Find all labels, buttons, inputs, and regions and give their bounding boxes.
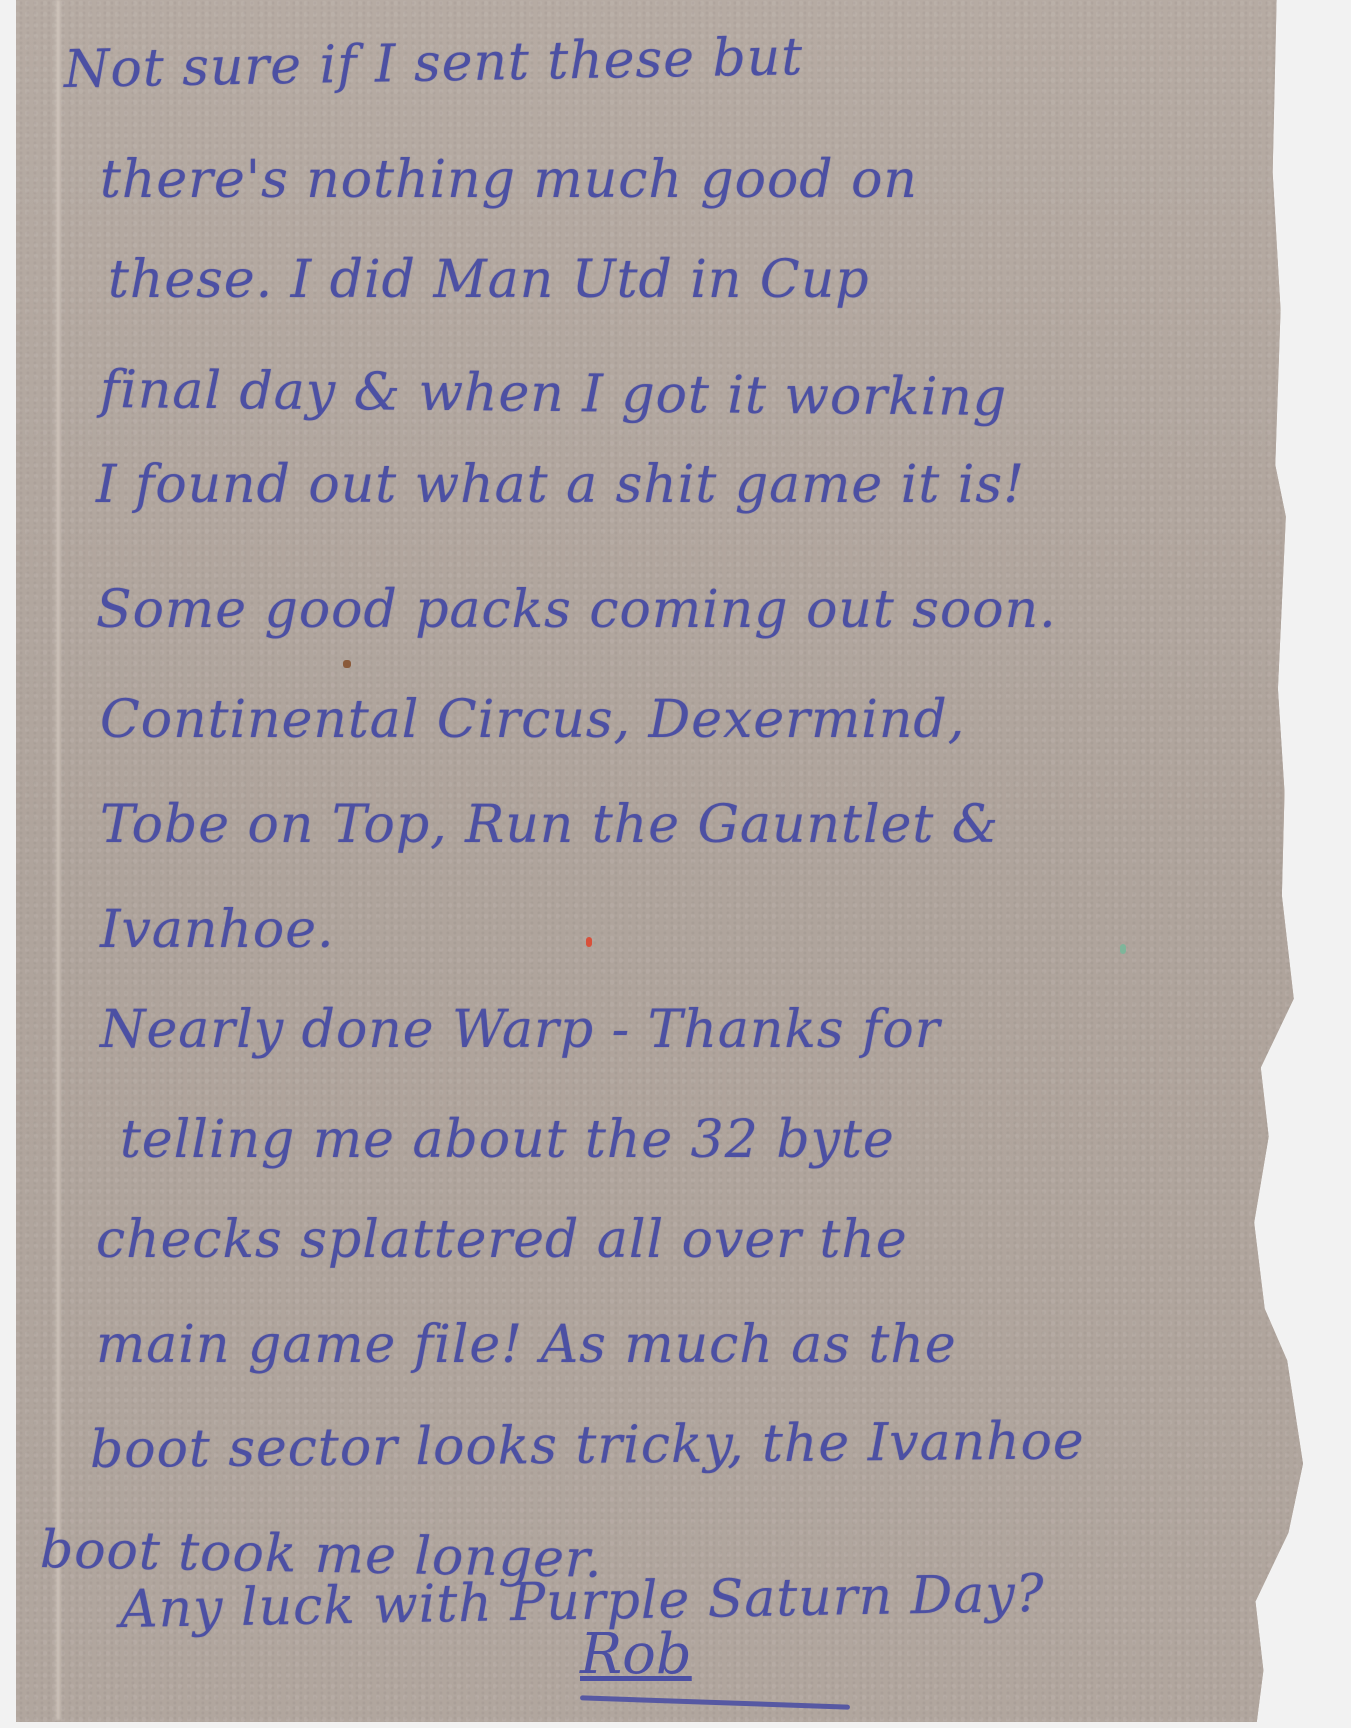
letter-line: Continental Circus, Dexermind, <box>100 690 965 750</box>
ink-speck <box>586 937 592 947</box>
letter-line: Ivanhoe. <box>100 900 335 960</box>
signature: Rob <box>580 1622 692 1687</box>
letter-line: these. I did Man Utd in Cup <box>108 250 870 310</box>
letter-line: I found out what a shit game it is! <box>96 455 1025 515</box>
ink-speck <box>1120 944 1126 954</box>
letter-line: boot sector looks tricky, the Ivanhoe <box>90 1411 1085 1480</box>
letter-line: Nearly done Warp - Thanks for <box>100 1000 941 1060</box>
letter-line: Some good packs coming out soon. <box>96 580 1057 640</box>
letter-line: Not sure if I sent these but <box>63 27 803 100</box>
letter-line: there's nothing much good on <box>100 150 918 210</box>
letter-line: checks splattered all over the <box>96 1210 908 1270</box>
letter-line: main game file! As much as the <box>96 1315 957 1375</box>
letter-line: telling me about the 32 byte <box>120 1110 895 1170</box>
letter-line: final day & when I got it working <box>100 360 1008 428</box>
ink-speck <box>343 660 351 668</box>
letter-line: Tobe on Top, Run the Gauntlet & <box>100 795 999 855</box>
handwritten-letter: Not sure if I sent these but there's not… <box>0 0 1351 1728</box>
